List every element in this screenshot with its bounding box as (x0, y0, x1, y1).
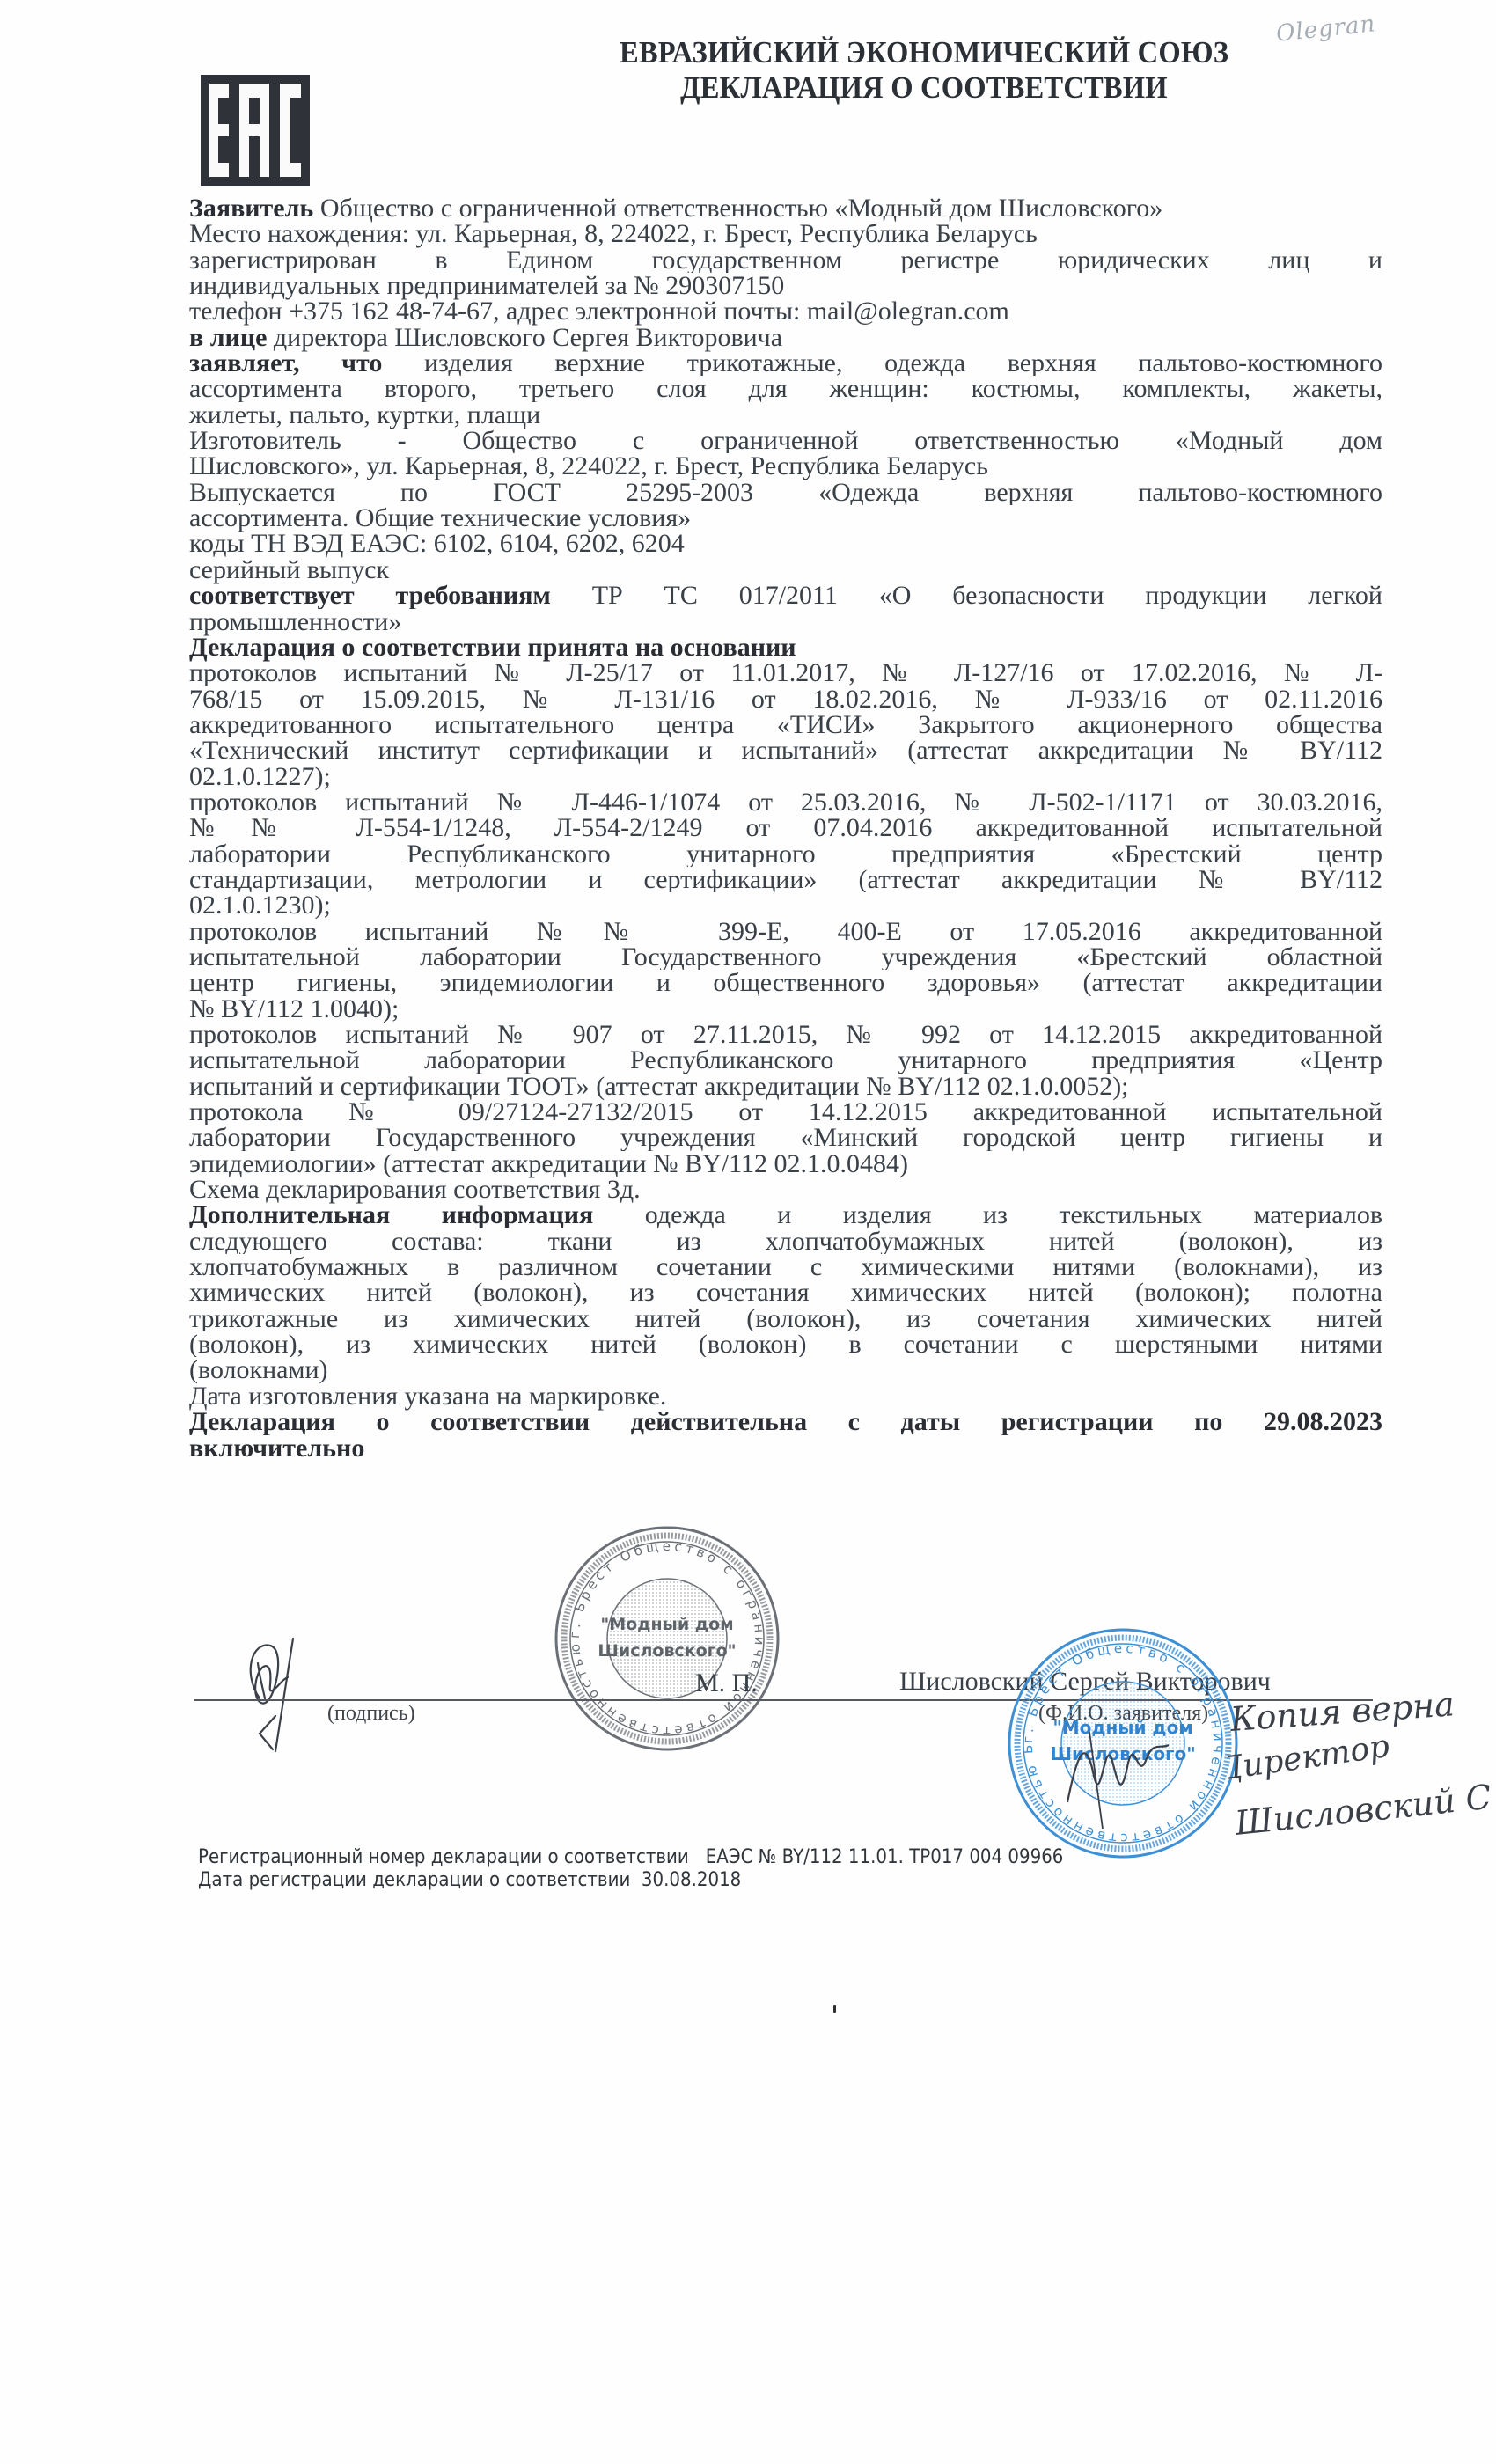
basis-line: 02.1.0.1230); (189, 892, 1382, 918)
applicant-address: Место нахождения: ул. Карьерная, 8, 2240… (189, 221, 1382, 246)
complies-line-2: промышленности» (189, 609, 1382, 634)
handwritten-copy-true: Копия верна (1228, 1694, 1456, 1739)
complies-label: соответствует требованиям (189, 583, 551, 608)
seal-place-label: М. П. (695, 1668, 758, 1698)
additional-info-line: химических нитей (волокон), из сочетания… (189, 1280, 1382, 1305)
document-title: ДЕКЛАРАЦИЯ О СООТВЕТСТВИИ (523, 70, 1324, 106)
basis-line: протоколов испытаний №№ 399-Е, 400-Е от … (189, 919, 1382, 944)
basis-line: эпидемиологии» (аттестат аккредитации № … (189, 1151, 1382, 1177)
basis-line: лаборатории Государственного учреждения … (189, 1125, 1382, 1150)
declares-line-3: жилеты, пальто, куртки, плащи (189, 402, 1382, 428)
complies-value: ТР ТС 017/2011 «О безопасности продукции… (551, 583, 1382, 608)
basis-line: испытательной лаборатории Государственно… (189, 944, 1382, 970)
registration-date-value: 30.08.2018 (642, 1869, 741, 1891)
handwritten-name: Шисловский С.В. (1232, 1772, 1492, 1843)
standard-line-2: ассортимента. Общие технические условия» (189, 505, 1382, 531)
declares-line: заявляет, что изделия верхние трикотажны… (189, 350, 1382, 376)
union-title: ЕВРАЗИЙСКИЙ ЭКОНОМИЧЕСКИЙ СОЮЗ (523, 35, 1324, 70)
manufacturer-line: Изготовитель - Общество с ограниченной о… (189, 428, 1382, 453)
basis-line: №№ Л-554-1/1248, Л-554-2/1249 от 07.04.2… (189, 815, 1382, 840)
basis-line: протоколов испытаний № Л-446-1/1074 от 2… (189, 789, 1382, 815)
manufacturer-line-2: Шисловского», ул. Карьерная, 8, 224022, … (189, 453, 1382, 479)
standard-line: Выпускается по ГОСТ 25295-2003 «Одежда в… (189, 480, 1382, 505)
additional-info-value: одежда и изделия из текстильных материал… (593, 1202, 1382, 1228)
registration-number-label: Регистрационный номер декларации о соотв… (198, 1846, 689, 1868)
applicant-label: Заявитель (189, 194, 313, 223)
declaration-body: Заявитель Общество с ограниченной ответс… (189, 195, 1382, 1461)
customs-codes: коды ТН ВЭД ЕАЭС: 6102, 6104, 6202, 6204 (189, 531, 1382, 556)
series-release: серийный выпуск (189, 557, 1382, 583)
represented-by-line: в лице директора Шисловского Сергея Викт… (189, 325, 1382, 350)
additional-info-line: (волокон), из химических нитей (волокон)… (189, 1331, 1382, 1357)
registration-number-value: ЕАЭС № BY/112 11.01. ТР017 004 09966 (706, 1846, 1064, 1868)
applicant-signature (233, 1637, 312, 1760)
applicant-line: Заявитель Общество с ограниченной ответс… (189, 195, 1382, 221)
declares-value: изделия верхние трикотажные, одежда верх… (382, 350, 1382, 376)
grey-seal-center-line1: "Модный дом (600, 1615, 733, 1634)
handwritten-certification: Копия верна Директор Шисловский С.В. (1228, 1694, 1492, 1852)
eac-logo-icon (201, 75, 310, 186)
declares-label: заявляет, что (189, 350, 382, 376)
represented-value: директора Шисловского Сергея Викторовича (267, 323, 782, 352)
additional-info-line: трикотажные из химических нитей (волокон… (189, 1306, 1382, 1331)
basis-line: центр гигиены, эпидемиологии и обществен… (189, 970, 1382, 995)
basis-line: испытаний и сертификации ТООТ» (аттестат… (189, 1074, 1382, 1099)
declares-line-2: ассортимента второго, третьего слоя для … (189, 376, 1382, 401)
basis-line: протокола № 09/27124-27132/2015 от 14.12… (189, 1099, 1382, 1125)
complies-line: соответствует требованиям ТР ТС 017/2011… (189, 583, 1382, 608)
declaration-page: ЕВРАЗИЙСКИЙ ЭКОНОМИЧЕСКИЙ СОЮЗ ДЕКЛАРАЦИ… (0, 0, 1496, 2464)
applicant-value: Общество с ограниченной ответственностью… (313, 194, 1162, 223)
basis-line: стандартизации, метрологии и сертификаци… (189, 867, 1382, 892)
basis-line: 768/15 от 15.09.2015, № Л-131/16 от 18.0… (189, 686, 1382, 712)
declaration-scheme: Схема декларирования соответствия 3д. (189, 1177, 1382, 1202)
company-seal-grey: г. Брест Общество с ограниченной ответст… (553, 1524, 781, 1753)
signature-caption: (подпись) (327, 1702, 415, 1726)
basis-line: аккредитованного испытательного центра «… (189, 712, 1382, 737)
registration-date-label: Дата регистрации декларации о соответств… (198, 1869, 630, 1891)
grey-seal-center-line2: Шисловского" (598, 1641, 736, 1661)
basis-line: лаборатории Республиканского унитарного … (189, 841, 1382, 867)
basis-line: протоколов испытаний № 907 от 27.11.2015… (189, 1022, 1382, 1047)
blue-seal-center-line1: "Модный дом (1052, 1717, 1192, 1738)
blue-seal-center-line2: Шисловского" (1050, 1743, 1195, 1764)
additional-info-label: Дополнительная информация (189, 1202, 593, 1228)
basis-line: № BY/112 1.0040); (189, 996, 1382, 1022)
basis-line: «Технический институт сертификации и исп… (189, 737, 1382, 763)
registration-date-line: Дата регистрации декларации о соответств… (198, 1869, 741, 1891)
basis-line: 02.1.0.1227); (189, 764, 1382, 789)
additional-info-line: следующего состава: ткани из хлопчатобум… (189, 1228, 1382, 1254)
additional-info-line: Дополнительная информация одежда и издел… (189, 1202, 1382, 1228)
basis-line: испытательной лаборатории Республиканско… (189, 1047, 1382, 1073)
basis-line: протоколов испытаний № Л-25/17 от 11.01.… (189, 660, 1382, 686)
basis-heading: Декларация о соответствии принята на осн… (189, 634, 1382, 660)
represented-label: в лице (189, 323, 267, 352)
validity-line: Декларация о соответствии действительна … (189, 1409, 1382, 1434)
scan-speck (833, 2005, 836, 2013)
company-seal-blue: г. Брест Общество с ограниченной ответст… (1006, 1626, 1240, 1860)
additional-info-line: (волокнами) (189, 1357, 1382, 1382)
applicant-registration-number: индивидуальных предпринимателей за № 290… (189, 273, 1382, 298)
applicant-registration: зарегистрирован в Едином государственном… (189, 247, 1382, 273)
validity-line-2: включительно (189, 1435, 1382, 1461)
handwritten-note: Olegran (1275, 11, 1377, 48)
applicant-contacts: телефон +375 162 48-74-67, адрес электро… (189, 298, 1382, 324)
manufacture-date-note: Дата изготовления указана на маркировке. (189, 1383, 1382, 1409)
registration-number-line: Регистрационный номер декларации о соотв… (198, 1846, 1063, 1868)
additional-info-line: хлопчатобумажных в различном сочетании с… (189, 1254, 1382, 1280)
